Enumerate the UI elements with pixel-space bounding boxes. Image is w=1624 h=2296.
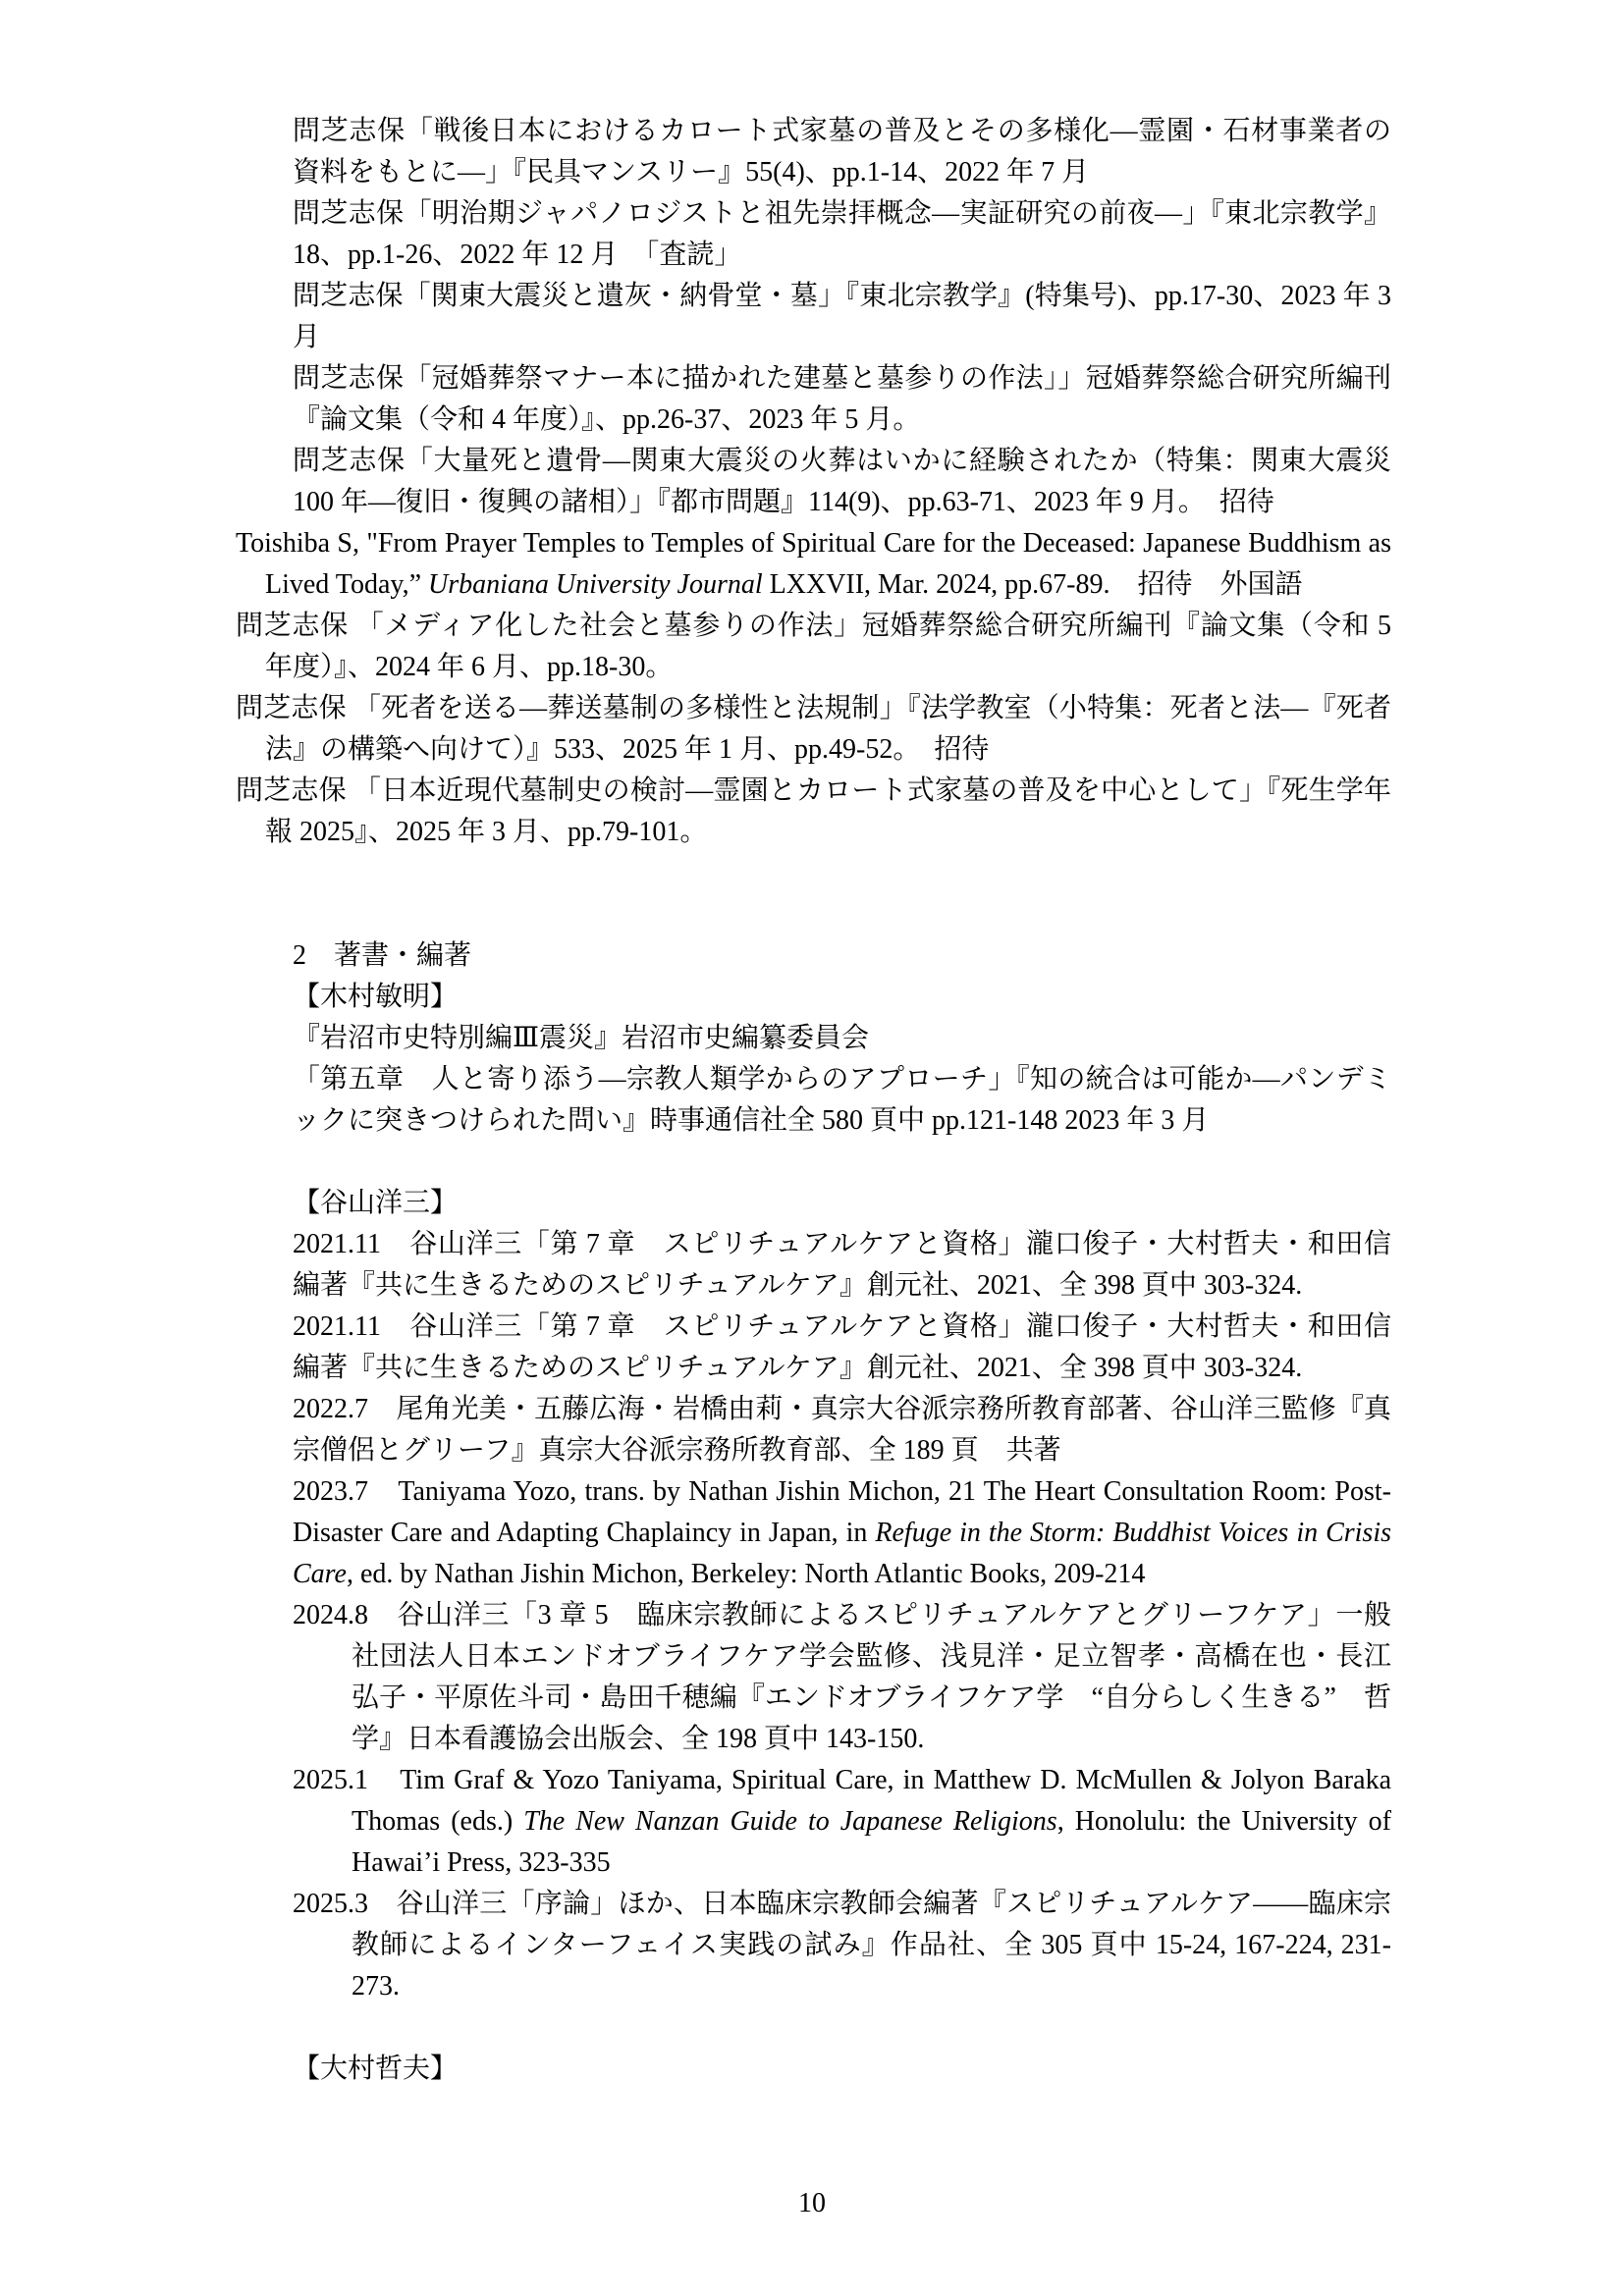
- text-run: 2022.7 尾角光美・五藤広海・岩橋由莉・真宗大谷派宗務所教育部著、谷山洋三監…: [293, 1394, 1391, 1466]
- blank-line: [236, 2007, 1391, 2049]
- publication-entry: 問芝志保「明治期ジャパノロジストと祖先崇拝概念―実証研究の前夜―」『東北宗教学』…: [293, 193, 1391, 276]
- publication-entry: 2021.11 谷山洋三「第 7 章 スピリチュアルケアと資格」瀧口俊子・大村哲…: [293, 1224, 1391, 1307]
- text-run: 2021.11 谷山洋三「第 7 章 スピリチュアルケアと資格」瀧口俊子・大村哲…: [293, 1311, 1391, 1383]
- publication-entry: Toishiba S, "From Prayer Temples to Temp…: [236, 523, 1391, 606]
- text-run: 『岩沼市史特別編Ⅲ震災』岩沼市史編纂委員会: [293, 1023, 869, 1053]
- text-run: 「第五章 人と寄り添う―宗教人類学からのアプローチ」『知の統合は可能か―パンデミ…: [293, 1064, 1391, 1136]
- publication-entry: 2024.8 谷山洋三「3 章 5 臨床宗教師によるスピリチュアルケアとグリーフ…: [293, 1595, 1391, 1760]
- text-run: 2 著書・編著: [293, 940, 471, 971]
- publication-entry: 問芝志保「戦後日本におけるカロート式家墓の普及とその多様化―霊園・石材事業者の資…: [293, 111, 1391, 193]
- text-run: 【木村敏明】: [293, 982, 458, 1012]
- publication-entry: 『岩沼市史特別編Ⅲ震災』岩沼市史編纂委員会: [293, 1018, 1391, 1059]
- document-body: 問芝志保「戦後日本におけるカロート式家墓の普及とその多様化―霊園・石材事業者の資…: [236, 111, 1391, 2090]
- author-name-heading: 【木村敏明】: [293, 977, 1391, 1018]
- text-run: 問芝志保「関東大震災と遺灰・納骨堂・墓」『東北宗教学』(特集号)、pp.17-3…: [293, 281, 1391, 352]
- blank-line: [236, 894, 1391, 935]
- publication-entry: 問芝志保「冠婚葬祭マナー本に描かれた建墓と墓参りの作法」」冠婚葬祭総合研究所編刊…: [293, 358, 1391, 441]
- publication-entry: 問芝志保 「メディア化した社会と墓参りの作法」冠婚葬祭総合研究所編刊『論文集（令…: [236, 606, 1391, 688]
- text-run: 【谷山洋三】: [293, 1188, 458, 1218]
- blank-line: [236, 853, 1391, 894]
- text-run: 問芝志保 「メディア化した社会と墓参りの作法」冠婚葬祭総合研究所編刊『論文集（令…: [236, 611, 1391, 682]
- text-run: 問芝志保「冠婚葬祭マナー本に描かれた建墓と墓参りの作法」」冠婚葬祭総合研究所編刊…: [293, 363, 1391, 435]
- publication-entry: 問芝志保 「死者を送る―葬送墓制の多様性と法規制」『法学教室（小特集：死者と法―…: [236, 688, 1391, 771]
- publication-entry: 問芝志保「大量死と遺骨―関東大震災の火葬はいかに経験されたか（特集：関東大震災 …: [293, 441, 1391, 523]
- text-run: 【大村哲夫】: [293, 2054, 458, 2084]
- section-heading: 2 著書・編著: [293, 935, 1391, 977]
- publication-entry: 2025.1 Tim Graf & Yozo Taniyama, Spiritu…: [293, 1760, 1391, 1884]
- blank-line: [236, 1142, 1391, 1183]
- author-name-heading: 【谷山洋三】: [293, 1183, 1391, 1224]
- text-run: 2025.3 谷山洋三「序論」ほか、日本臨床宗教師会編著『スピリチュアルケア――…: [293, 1889, 1391, 2002]
- publication-entry: 2022.7 尾角光美・五藤広海・岩橋由莉・真宗大谷派宗務所教育部著、谷山洋三監…: [293, 1389, 1391, 1471]
- text-run: 問芝志保「戦後日本におけるカロート式家墓の普及とその多様化―霊園・石材事業者の資…: [293, 116, 1391, 187]
- text-run: , ed. by Nathan Jishin Michon, Berkeley:…: [347, 1559, 1145, 1589]
- publication-entry: 問芝志保「関東大震災と遺灰・納骨堂・墓」『東北宗教学』(特集号)、pp.17-3…: [293, 276, 1391, 358]
- text-run: 問芝志保 「日本近現代墓制史の検討―霊園とカロート式家墓の普及を中心として」『死…: [236, 775, 1391, 847]
- publication-entry: 「第五章 人と寄り添う―宗教人類学からのアプローチ」『知の統合は可能か―パンデミ…: [293, 1059, 1391, 1142]
- publication-entry: 2023.7 Taniyama Yozo, trans. by Nathan J…: [293, 1471, 1391, 1595]
- text-run: 問芝志保「明治期ジャパノロジストと祖先崇拝概念―実証研究の前夜―」『東北宗教学』…: [293, 198, 1391, 270]
- page-number: 10: [0, 2183, 1624, 2224]
- text-run: 問芝志保 「死者を送る―葬送墓制の多様性と法規制」『法学教室（小特集：死者と法―…: [236, 693, 1391, 765]
- publication-entry: 問芝志保 「日本近現代墓制史の検討―霊園とカロート式家墓の普及を中心として」『死…: [236, 771, 1391, 853]
- publication-entry: 2021.11 谷山洋三「第 7 章 スピリチュアルケアと資格」瀧口俊子・大村哲…: [293, 1307, 1391, 1389]
- author-name-heading: 【大村哲夫】: [293, 2049, 1391, 2090]
- text-run: LXXVII, Mar. 2024, pp.67-89. 招待 外国語: [763, 569, 1303, 600]
- italic-title-text: Urbaniana University Journal: [428, 569, 763, 600]
- text-run: 2024.8 谷山洋三「3 章 5 臨床宗教師によるスピリチュアルケアとグリーフ…: [293, 1600, 1391, 1754]
- text-run: 2021.11 谷山洋三「第 7 章 スピリチュアルケアと資格」瀧口俊子・大村哲…: [293, 1229, 1391, 1301]
- text-run: 問芝志保「大量死と遺骨―関東大震災の火葬はいかに経験されたか（特集：関東大震災 …: [293, 446, 1391, 517]
- publication-entry: 2025.3 谷山洋三「序論」ほか、日本臨床宗教師会編著『スピリチュアルケア――…: [293, 1884, 1391, 2007]
- italic-title-text: The New Nanzan Guide to Japanese Religio…: [523, 1806, 1057, 1837]
